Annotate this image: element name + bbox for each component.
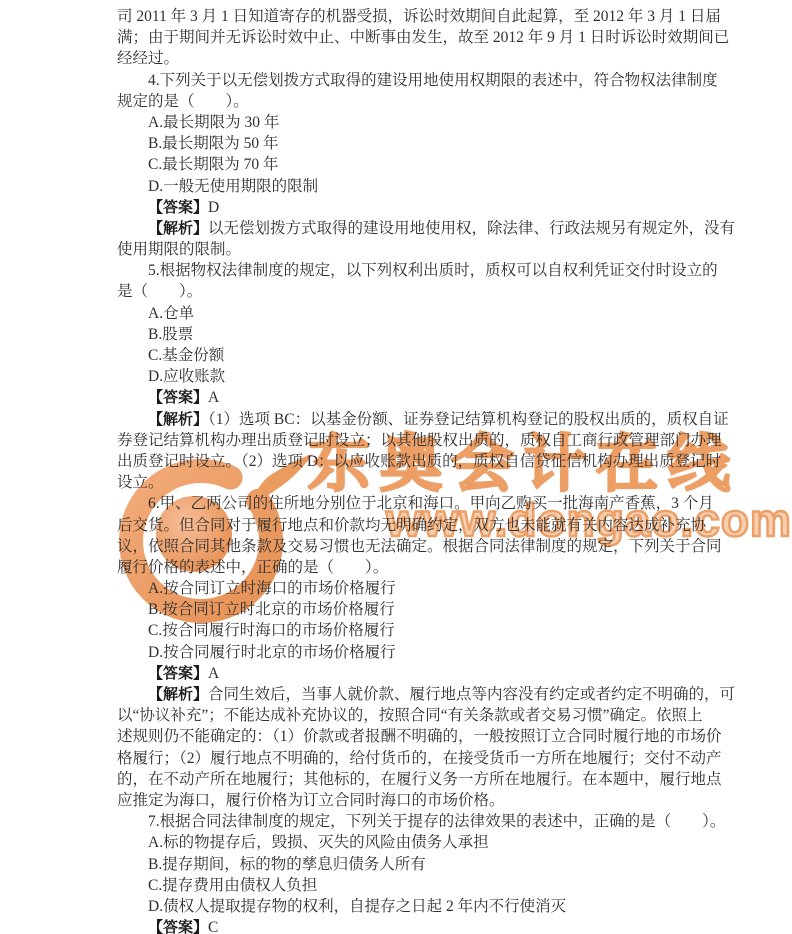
question-line: 4.下列关于以无偿划拨方式取得的建设用地使用权期限的表述中，符合物权法律制度 [117,70,792,91]
option-line: B.提存期间，标的物的孳息归债务人所有 [117,854,792,875]
body-line: 述规则仍不能确定的：（1）价款或者报酬不明确的，一般按照订立合同时履行地的市场价 [117,726,792,747]
option-line: D.应收账款 [117,366,792,387]
answer-line: 【答案】A [117,387,792,408]
option-line: C.基金份额 [117,345,792,366]
body-line: 应推定为海口，履行价格为订立合同时海口的市场价格。 [117,790,792,811]
option-line: B.股票 [117,324,792,345]
answer-line: 【答案】D [117,197,792,218]
body-line: 使用期限的限制。 [117,239,792,260]
question-line: 5.根据物权法律制度的规定，以下列权利出质时，质权可以自权利凭证交付时设立的 [117,260,792,281]
document-page: 东奥会计在线 www.dongao.com 司 2011 年 3 月 1 日知道… [0,0,792,934]
document-text: 司 2011 年 3 月 1 日知道寄存的机器受损，诉讼时效期间自此起算，至 2… [117,6,792,934]
option-line: D.按合同履行时北京的市场价格履行 [117,642,792,663]
analysis-line: 【解析】合同生效后，当事人就价款、履行地点等内容没有约定或者约定不明确的，可 [117,684,792,705]
body-line: 格履行；（2）履行地点不明确的，给付货币的，在接受货币一方所在地履行；交付不动产 [117,748,792,769]
option-line: D.一般无使用期限的限制 [117,176,792,197]
answer-line: 【答案】A [117,663,792,684]
body-line: 后交货。但合同对于履行地点和价款均无明确约定，双方也未能就有关内容达成补充协 [117,515,792,536]
body-line: 经经过。 [117,48,792,69]
option-line: A.最长期限为 30 年 [117,112,792,133]
body-line: 履行价格的表述中，正确的是（ ）。 [117,557,792,578]
body-line: 议，依照合同其他条款及交易习惯也无法确定。根据合同法律制度的规定，下列关于合同 [117,536,792,557]
body-line: 是（ ）。 [117,281,792,302]
option-line: A.标的物提存后，毁损、灭失的风险由债务人承担 [117,832,792,853]
option-line: B.最长期限为 50 年 [117,133,792,154]
question-line: 6.甲、乙两公司的住所地分别位于北京和海口。甲向乙购买一批海南产香蕉，3 个月 [117,493,792,514]
analysis-line: 【解析】以无偿划拨方式取得的建设用地使用权，除法律、行政法规另有规定外，没有 [117,218,792,239]
option-line: D.债权人提取提存物的权利，自提存之日起 2 年内不行使消灭 [117,896,792,917]
option-line: A.按合同订立时海口的市场价格履行 [117,578,792,599]
body-line: 以“协议补充”；不能达成补充协议的，按照合同“有关条款或者交易习惯”确定。依照上 [117,705,792,726]
body-line: 司 2011 年 3 月 1 日知道寄存的机器受损，诉讼时效期间自此起算，至 2… [117,6,792,27]
option-line: C.按合同履行时海口的市场价格履行 [117,620,792,641]
option-line: C.最长期限为 70 年 [117,154,792,175]
option-line: C.提存费用由债权人负担 [117,875,792,896]
body-line: 券登记结算机构办理出质登记时设立；以其他股权出质的，质权自工商行政管理部门办理 [117,430,792,451]
body-line: 满；由于期间并无诉讼时效中止、中断事由发生，故至 2012 年 9 月 1 日时… [117,27,792,48]
body-line: 设立。 [117,472,792,493]
body-line: 规定的是（ ）。 [117,91,792,112]
option-line: B.按合同订立时北京的市场价格履行 [117,599,792,620]
question-line: 7.根据合同法律制度的规定，下列关于提存的法律效果的表述中，正确的是（ ）。 [117,811,792,832]
body-line: 的，在不动产所在地履行；其他标的，在履行义务一方所在地履行。在本题中，履行地点 [117,769,792,790]
body-line: 出质登记时设立。（2）选项 D：以应收账款出质的，质权自信贷征信机构办理出质登记… [117,451,792,472]
option-line: A.仓单 [117,303,792,324]
analysis-line: 【解析】（1）选项 BC：以基金份额、证券登记结算机构登记的股权出质的，质权自证 [117,409,792,430]
answer-line: 【答案】C [117,917,792,934]
